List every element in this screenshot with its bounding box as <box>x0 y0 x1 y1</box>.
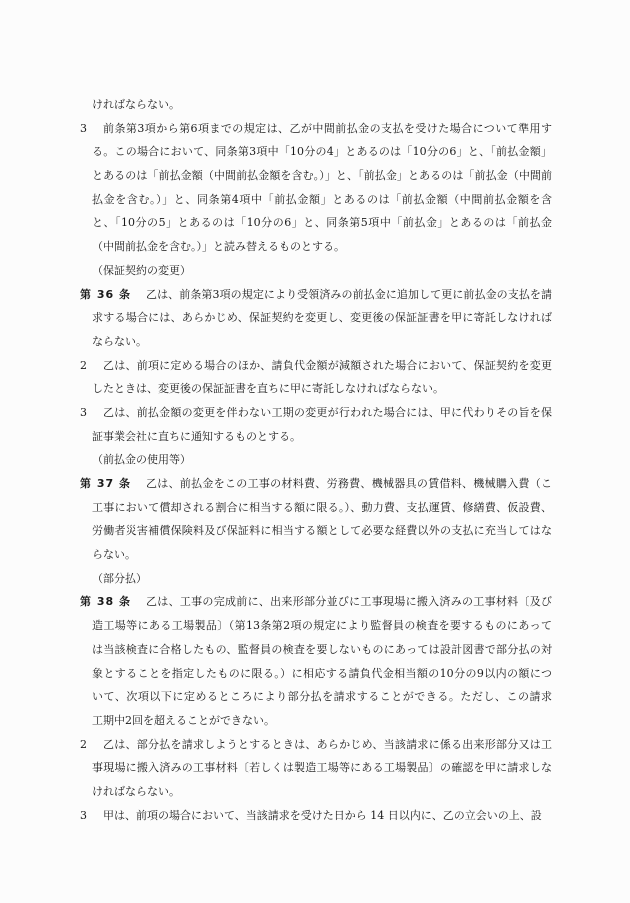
article-label: 第 38 条 <box>80 590 146 614</box>
line-text: 払金を含む。）」と、同条第4項中「前払金額」とあるのは「前払金額（中間前払金額を… <box>92 188 552 212</box>
line-text: 乙は、前項に定める場合のほか、請負代金額が減額された場合において、保証契約を変更 <box>103 354 552 378</box>
paragraph-number: 3 <box>80 117 103 141</box>
paragraph-line: る。この場合において、同条第3項中「10分の4」とあるのは「10分の6」と、「前… <box>92 140 552 164</box>
article-first-line: 第 36 条乙は、前条第3項の規定により受領済みの前払金に追加して更に前払金の支… <box>80 283 552 307</box>
paragraph-number: 3 <box>80 804 103 828</box>
article-line: 求する場合には、あらかじめ、保証契約を変更し、変更後の保証証書を甲に寄託しなけれ… <box>92 306 552 330</box>
line-text: 乙は、前払金額の変更を伴わない工期の変更が行われた場合には、甲に代わりその旨を保 <box>103 401 552 425</box>
article-line: は当該検査に合格したもの、監督員の検査を要しないものにあっては設計図書で部分払の… <box>92 638 552 662</box>
article-line: 工事において償却される割合に相当する額に限る。）、動力費、支払運賃、修繕費、仮設… <box>92 496 552 520</box>
line-text: 求する場合には、あらかじめ、保証契約を変更し、変更後の保証証書を甲に寄託しなけれ… <box>92 306 552 330</box>
line-text: る。この場合において、同条第3項中「10分の4」とあるのは「10分の6」と、「前… <box>92 140 552 164</box>
paragraph-line: 払金を含む。）」と、同条第4項中「前払金額」とあるのは「前払金額（中間前払金額を… <box>92 188 552 212</box>
line-text: とあるのは「前払金額（中間前払金額を含む。）」と、「前払金」とあるのは「前払金（… <box>92 164 552 188</box>
article-line: ならない。 <box>92 330 552 354</box>
paragraph-2: 2乙は、前項に定める場合のほか、請負代金額が減額された場合において、保証契約を変… <box>80 354 552 401</box>
paragraph-line: 事現場に搬入済みの工事材料〔若しくは製造工場等にある工場製品〕の確認を甲に請求し… <box>92 756 552 780</box>
line-text: したときは、変更後の保証証書を直ちに甲に寄託しなければならない。 <box>92 377 552 401</box>
line-text: ならない。 <box>92 330 552 354</box>
paragraph-line: したときは、変更後の保証証書を直ちに甲に寄託しなければならない。 <box>92 377 552 401</box>
line-text: 前条第3項から第6項までの規定は、乙が中間前払金の支払を受けた場合について準用す <box>103 117 552 141</box>
section-heading: （部分払） <box>92 567 552 591</box>
article-36: 第 36 条乙は、前条第3項の規定により受領済みの前払金に追加して更に前払金の支… <box>80 283 552 354</box>
continuation-line: ければならない。 <box>92 93 552 117</box>
paragraph-first-line: 2乙は、前項に定める場合のほか、請負代金額が減額された場合において、保証契約を変… <box>80 354 552 378</box>
line-text: （中間前払金を含む。）」と読み替えるものとする。 <box>92 235 552 259</box>
article-line: らない。 <box>92 543 552 567</box>
paragraph-number: 2 <box>80 733 103 757</box>
paragraph-line: ければならない。 <box>92 780 552 804</box>
line-text: 工事において償却される割合に相当する額に限る。）、動力費、支払運賃、修繕費、仮設… <box>92 496 552 520</box>
paragraph-line: 証事業会社に直ちに通知するものとする。 <box>92 425 552 449</box>
line-text: 甲は、前項の場合において、当該請求を受けた日から 14 日以内に、乙の立会いの上… <box>103 804 552 828</box>
paragraph-line: とあるのは「前払金額（中間前払金額を含む。）」と、「前払金」とあるのは「前払金（… <box>92 164 552 188</box>
paragraph-3: 3乙は、前払金額の変更を伴わない工期の変更が行われた場合には、甲に代わりその旨を… <box>80 401 552 448</box>
article-line: 労働者災害補償保険料及び保証料に相当する額として必要な経費以外の支払に充当しては… <box>92 519 552 543</box>
line-text: 造工場等にある工場製品〕（第13条第2項の規定により監督員の検査を要するものにあ… <box>92 614 552 638</box>
paragraph-line: （中間前払金を含む。）」と読み替えるものとする。 <box>92 235 552 259</box>
line-text: 乙は、工事の完成前に、出来形部分並びに工事現場に搬入済みの工事材料〔及び製 <box>146 590 552 614</box>
article-label: 第 36 条 <box>80 283 146 307</box>
section-heading: （前払金の使用等） <box>92 448 552 472</box>
article-first-line: 第 37 条乙は、前払金をこの工事の材料費、労務費、機械器具の賃借料、機械購入費… <box>80 472 552 496</box>
paragraph-3: 3甲は、前項の場合において、当該請求を受けた日から 14 日以内に、乙の立会いの… <box>80 804 552 828</box>
paragraph-first-line: 2乙は、部分払を請求しようとするときは、あらかじめ、当該請求に係る出来形部分又は… <box>80 733 552 757</box>
line-text: 証事業会社に直ちに通知するものとする。 <box>92 425 552 449</box>
paragraph-first-line: 3前条第3項から第6項までの規定は、乙が中間前払金の支払を受けた場合について準用… <box>80 117 552 141</box>
line-text: 労働者災害補償保険料及び保証料に相当する額として必要な経費以外の支払に充当しては… <box>92 519 552 543</box>
paragraph-first-line: 3甲は、前項の場合において、当該請求を受けた日から 14 日以内に、乙の立会いの… <box>80 804 552 828</box>
article-line: いて、次項以下に定めるところにより部分払を請求することができる。ただし、この請求… <box>92 685 552 709</box>
line-text: 乙は、前条第3項の規定により受領済みの前払金に追加して更に前払金の支払を請 <box>146 283 552 307</box>
paragraph-number: 2 <box>80 354 103 378</box>
line-text: いて、次項以下に定めるところにより部分払を請求することができる。ただし、この請求… <box>92 685 552 709</box>
article-38: 第 38 条乙は、工事の完成前に、出来形部分並びに工事現場に搬入済みの工事材料〔… <box>80 590 552 732</box>
paragraph-number: 3 <box>80 401 103 425</box>
line-text: 工期中2回を超えることができない。 <box>92 709 552 733</box>
line-text: 象とすることを指定したものに限る。）に相応する請負代金相当額の10分の9以内の額… <box>92 662 552 686</box>
line-text: らない。 <box>92 543 552 567</box>
document-page: ければならない。 3前条第3項から第6項までの規定は、乙が中間前払金の支払を受け… <box>80 93 552 827</box>
line-text: と、「10分の5」とあるのは「10分の6」と、同条第5項中「前払金」とあるのは「… <box>92 211 552 235</box>
article-37: 第 37 条乙は、前払金をこの工事の材料費、労務費、機械器具の賃借料、機械購入費… <box>80 472 552 567</box>
line-text: は当該検査に合格したもの、監督員の検査を要しないものにあっては設計図書で部分払の… <box>92 638 552 662</box>
article-first-line: 第 38 条乙は、工事の完成前に、出来形部分並びに工事現場に搬入済みの工事材料〔… <box>80 590 552 614</box>
article-line: 工期中2回を超えることができない。 <box>92 709 552 733</box>
article-label: 第 37 条 <box>80 472 146 496</box>
paragraph-first-line: 3乙は、前払金額の変更を伴わない工期の変更が行われた場合には、甲に代わりその旨を… <box>80 401 552 425</box>
article-line: 象とすることを指定したものに限る。）に相応する請負代金相当額の10分の9以内の額… <box>92 662 552 686</box>
paragraph-3: 3前条第3項から第6項までの規定は、乙が中間前払金の支払を受けた場合について準用… <box>80 117 552 259</box>
section-heading: （保証契約の変更） <box>92 259 552 283</box>
line-text: 事現場に搬入済みの工事材料〔若しくは製造工場等にある工場製品〕の確認を甲に請求し… <box>92 756 552 780</box>
paragraph-line: と、「10分の5」とあるのは「10分の6」と、同条第5項中「前払金」とあるのは「… <box>92 211 552 235</box>
paragraph-2: 2乙は、部分払を請求しようとするときは、あらかじめ、当該請求に係る出来形部分又は… <box>80 733 552 804</box>
line-text: ければならない。 <box>92 93 552 117</box>
line-text: 乙は、前払金をこの工事の材料費、労務費、機械器具の賃借料、機械購入費（この <box>146 472 552 496</box>
article-line: 造工場等にある工場製品〕（第13条第2項の規定により監督員の検査を要するものにあ… <box>92 614 552 638</box>
line-text: ければならない。 <box>92 780 552 804</box>
line-text: 乙は、部分払を請求しようとするときは、あらかじめ、当該請求に係る出来形部分又は工 <box>103 733 552 757</box>
